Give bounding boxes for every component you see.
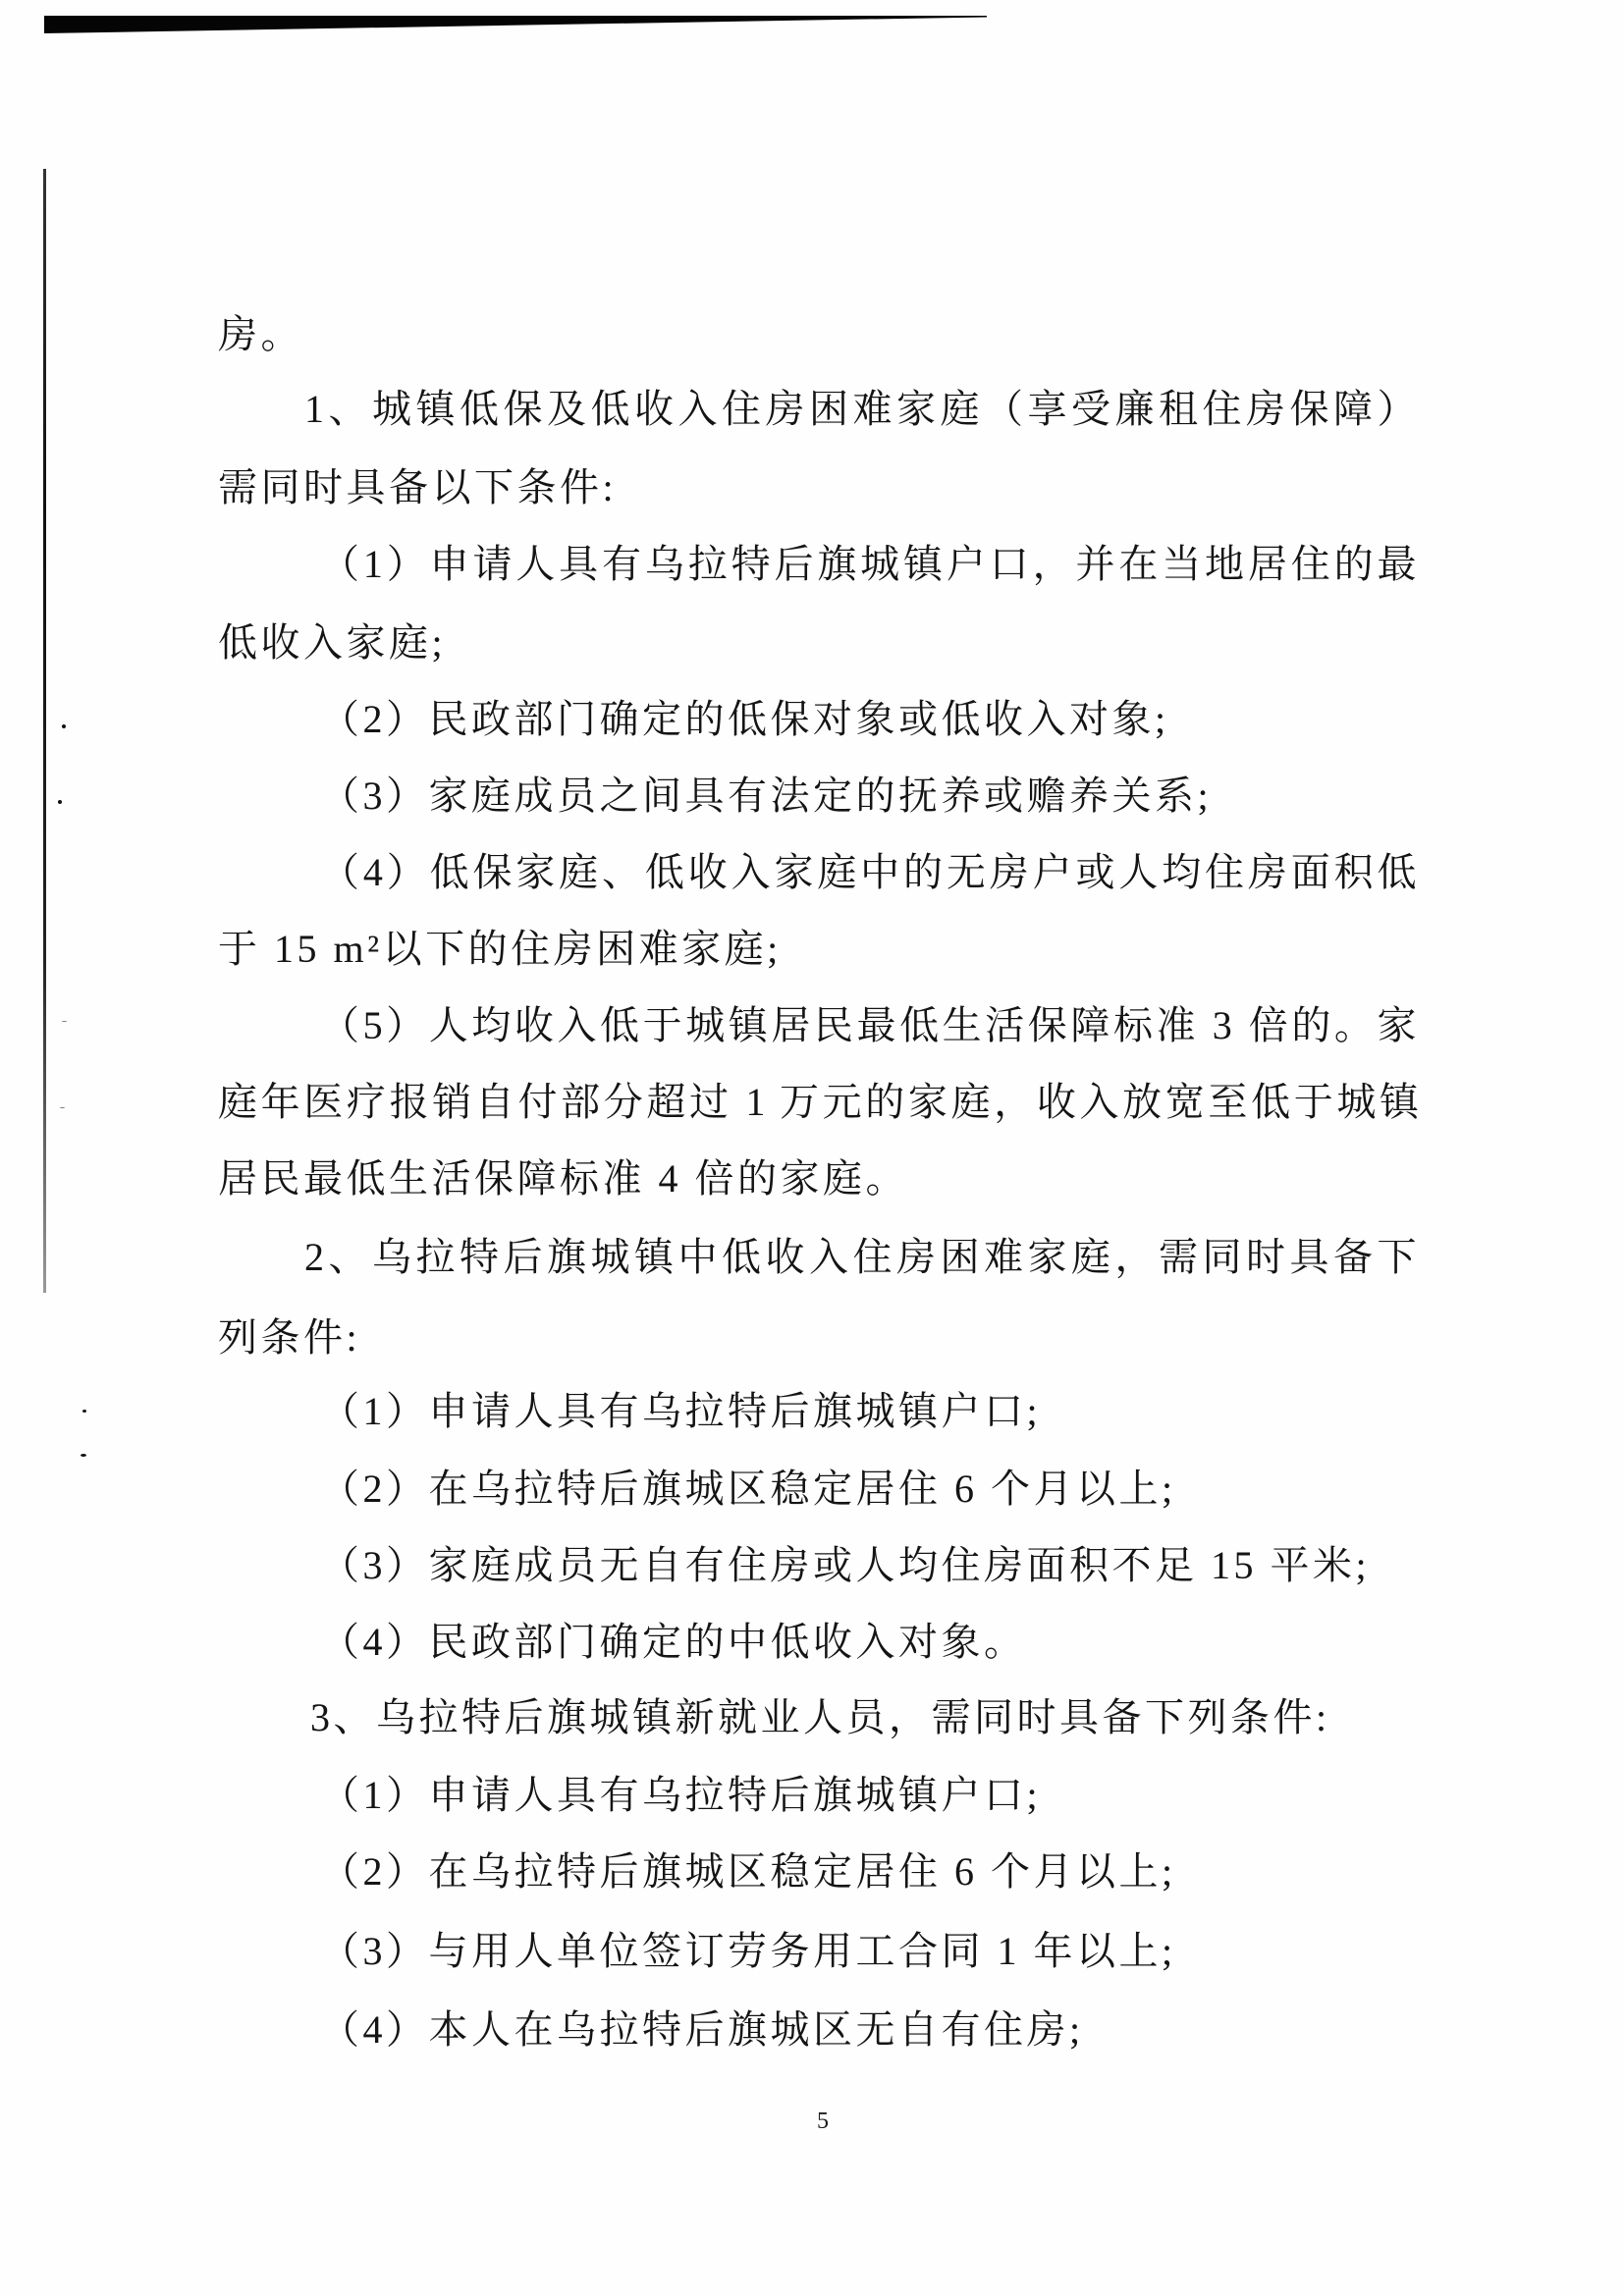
section-3-item-1: （1）申请人具有乌拉特后旗城镇户口; <box>320 1772 1041 1819</box>
scan-edge-line <box>43 169 46 1293</box>
document-page: 房。 1、城镇低保及低收入住房困难家庭（享受廉租住房保障） 需同时具备以下条件:… <box>0 0 1624 2296</box>
section-1-heading: 1、城镇低保及低收入住房困难家庭（享受廉租住房保障） <box>304 386 1420 433</box>
section-1-item-5-cont: 庭年医疗报销自付部分超过 1 万元的家庭，收入放宽至低于城镇 <box>218 1079 1420 1126</box>
scan-speck <box>62 724 66 728</box>
section-2-item-3: （3）家庭成员无自有住房或人均住房面积不足 15 平米; <box>320 1542 1370 1589</box>
section-1-item-4: （4）低保家庭、低收入家庭中的无房户或人均住房面积低 <box>320 849 1420 896</box>
scan-speck <box>82 1410 86 1413</box>
section-3-item-4: （4）本人在乌拉特后旗城区无自有住房; <box>320 2006 1084 2054</box>
section-1-item-5: （5）人均收入低于城镇居民最低生活保障标准 3 倍的。家 <box>320 1002 1420 1049</box>
section-2-heading: 2、乌拉特后旗城镇中低收入住房困难家庭，需同时具备下 <box>304 1234 1420 1281</box>
scan-edge-bar <box>44 16 987 33</box>
scan-speck <box>58 800 62 804</box>
section-1-item-3: （3）家庭成员之间具有法定的抚养或赡养关系; <box>320 773 1212 820</box>
section-2-item-4: （4）民政部门确定的中低收入对象。 <box>320 1619 1027 1666</box>
scan-speck <box>81 1454 86 1457</box>
page-number: 5 <box>817 2109 829 2135</box>
section-1-item-1: （1）申请人具有乌拉特后旗城镇户口，并在当地居住的最 <box>320 541 1420 588</box>
section-2-item-1: （1）申请人具有乌拉特后旗城镇户口; <box>320 1388 1041 1435</box>
scan-speck <box>60 1107 65 1108</box>
paragraph-continuation: 房。 <box>218 311 303 358</box>
section-2-item-2: （2）在乌拉特后旗城区稳定居住 6 个月以上; <box>320 1466 1176 1513</box>
scan-speck <box>62 1021 67 1022</box>
section-3-heading: 3、乌拉特后旗城镇新就业人员，需同时具备下列条件: <box>310 1694 1330 1741</box>
section-1-item-1-cont: 低收入家庭; <box>218 619 446 667</box>
section-3-item-3: （3）与用人单位签订劳务用工合同 1 年以上; <box>320 1928 1176 1975</box>
section-1-item-4-cont: 于 15 m²以下的住房困难家庭; <box>218 926 782 973</box>
section-3-item-2: （2）在乌拉特后旗城区稳定居住 6 个月以上; <box>320 1848 1176 1896</box>
section-1-item-5-end: 居民最低生活保障标准 4 倍的家庭。 <box>218 1155 908 1202</box>
section-1-heading-cont: 需同时具备以下条件: <box>218 464 617 511</box>
section-1-item-2: （2）民政部门确定的低保对象或低收入对象; <box>320 696 1169 743</box>
section-2-heading-cont: 列条件: <box>218 1314 360 1362</box>
